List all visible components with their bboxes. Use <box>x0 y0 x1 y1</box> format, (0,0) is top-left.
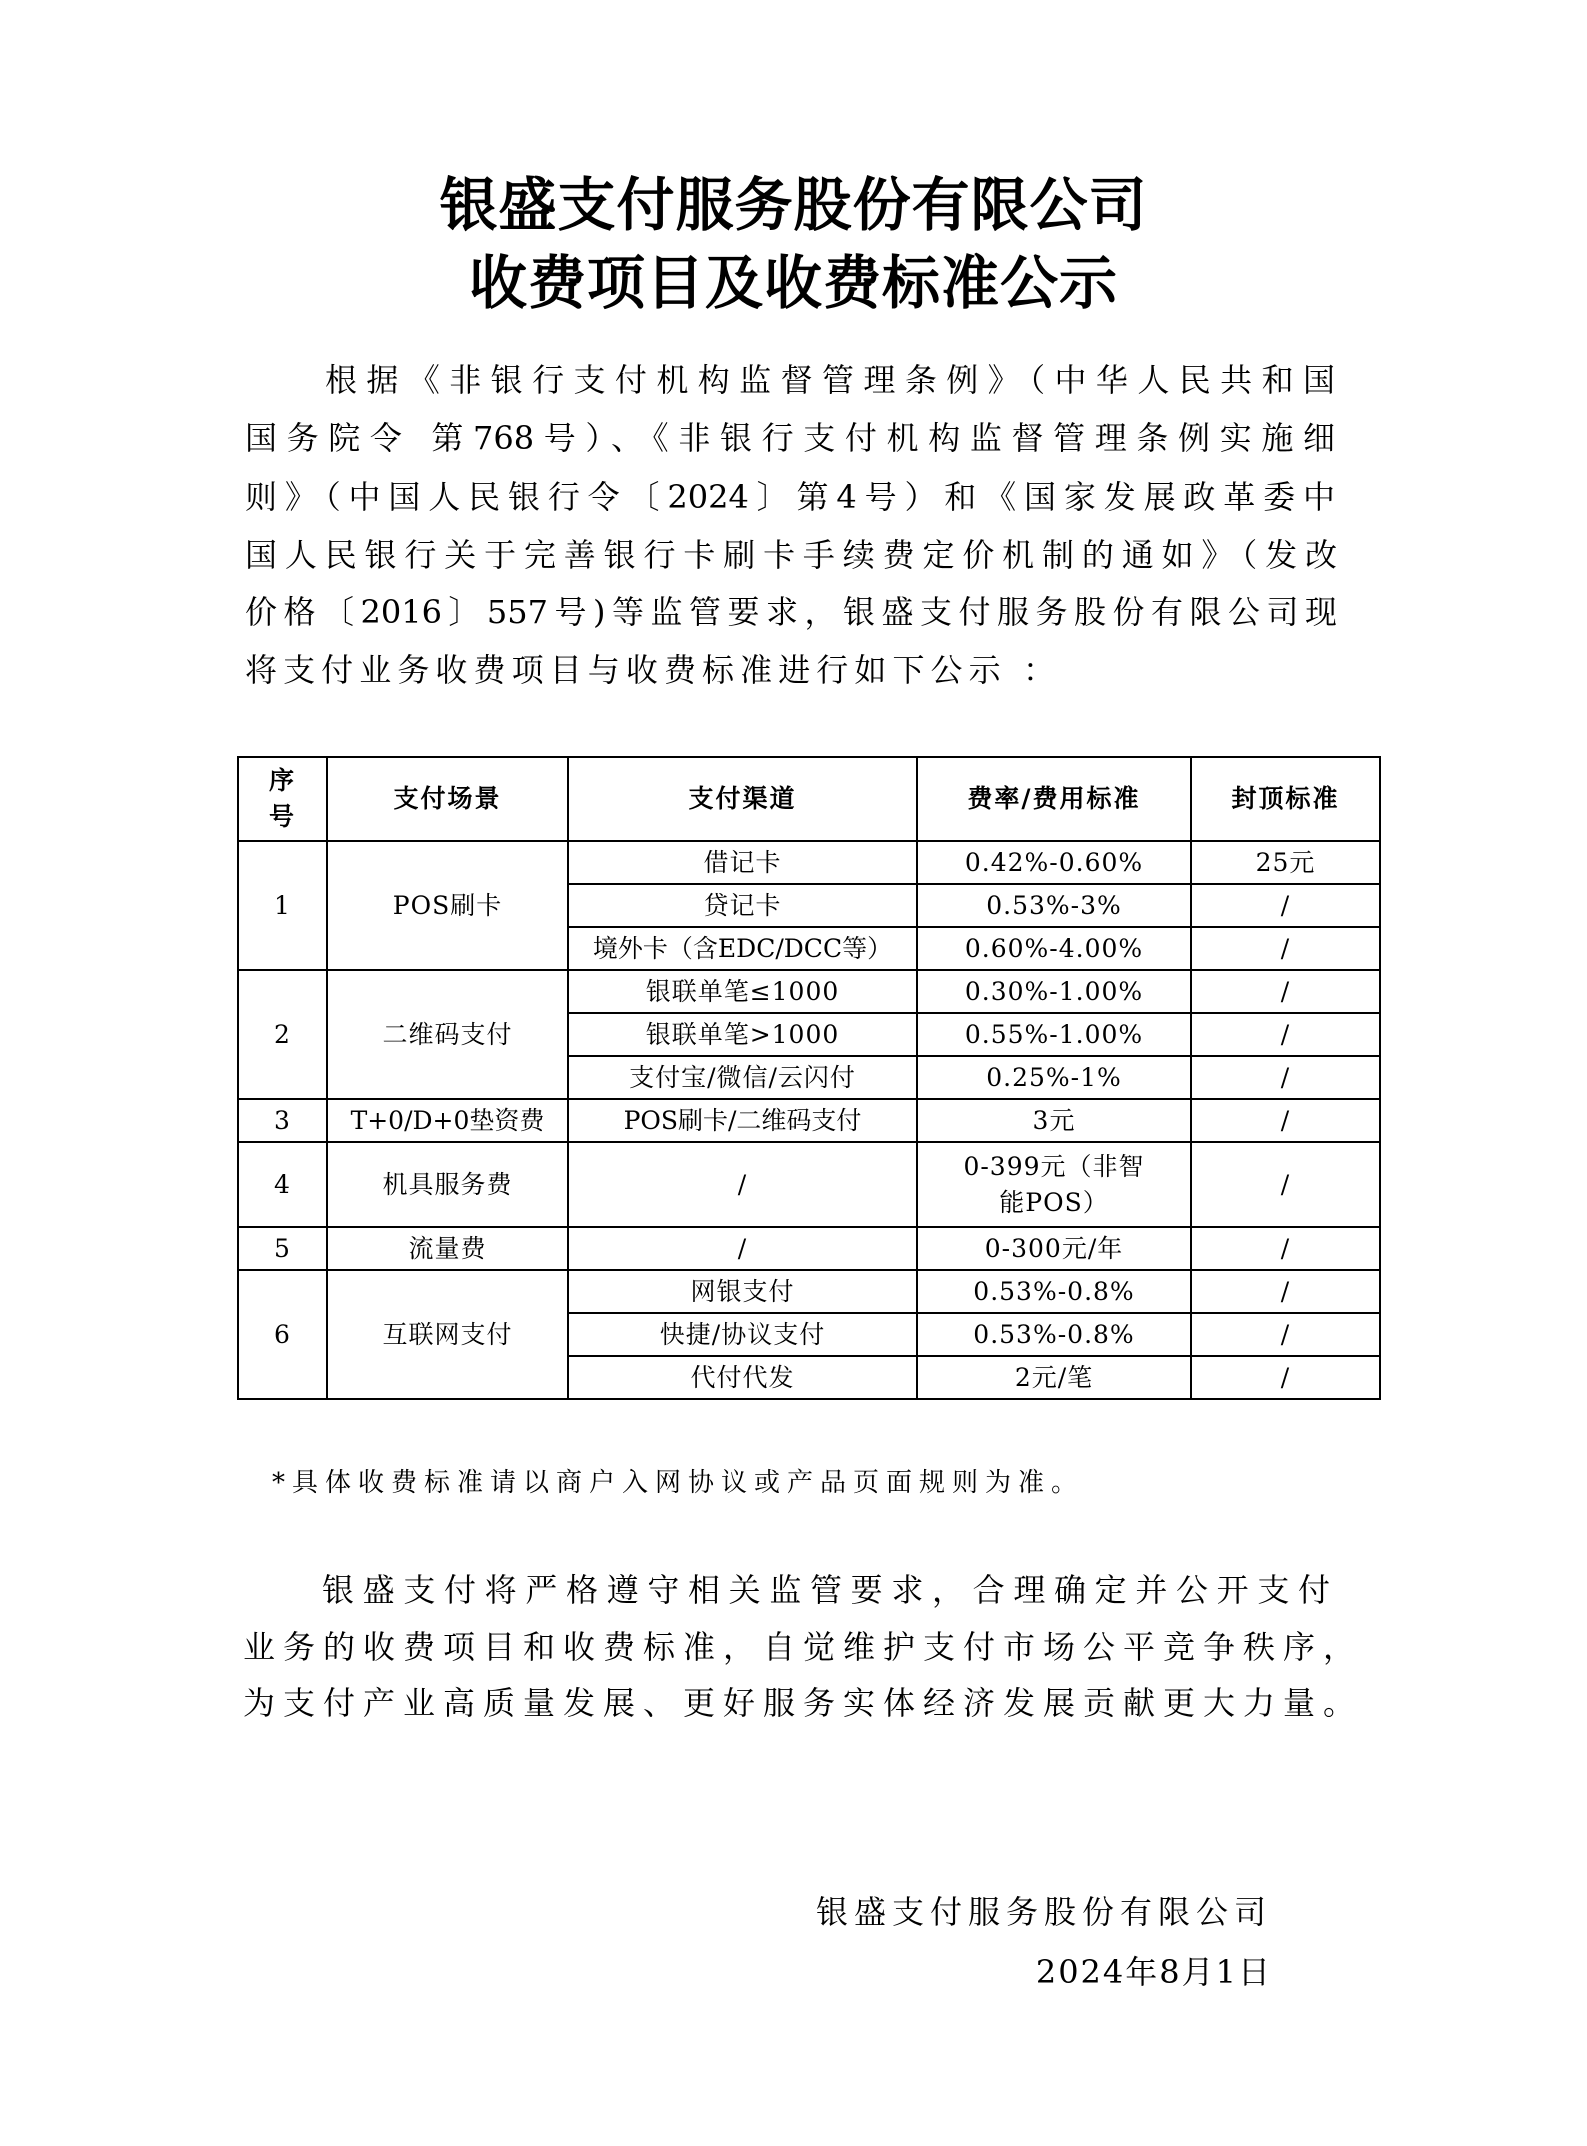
rate-cell: 0.55%-1.00% <box>917 1013 1191 1056</box>
seq-cell: 6 <box>238 1270 327 1399</box>
cap-cell: / <box>1191 1227 1380 1270</box>
intro-line: 价格〔2016〕557号)等监管要求，银盛支付服务股份有限公司现 <box>245 592 1337 632</box>
cap-cell: / <box>1191 1356 1380 1399</box>
rate-cell: 0-300元/年 <box>917 1227 1191 1270</box>
header-cap: 封顶标准 <box>1191 757 1380 841</box>
seq-cell: 4 <box>238 1142 327 1227</box>
seq-cell: 3 <box>238 1099 327 1142</box>
cap-cell: / <box>1191 1099 1380 1142</box>
scene-cell: 互联网支付 <box>327 1270 568 1399</box>
fee-table: 序号 支付场景 支付渠道 费率/费用标准 封顶标准 1 POS刷卡 借记卡 0.… <box>237 756 1381 1400</box>
closing-line: 为支付产业高质量发展、更好服务实体经济发展贡献更大力量。 <box>243 1683 1355 1723</box>
header-scene: 支付场景 <box>327 757 568 841</box>
rate-cell: 0.42%-0.60% <box>917 841 1191 884</box>
cap-cell: / <box>1191 970 1380 1013</box>
channel-cell: / <box>568 1142 917 1227</box>
rate-cell: 0.25%-1% <box>917 1056 1191 1099</box>
channel-cell: 网银支付 <box>568 1270 917 1313</box>
channel-cell: 银联单笔>1000 <box>568 1013 917 1056</box>
channel-cell: 代付代发 <box>568 1356 917 1399</box>
footnote: *具体收费标准请以商户入网协议或产品页面规则为准。 <box>272 1466 1084 1500</box>
cap-cell: / <box>1191 1270 1380 1313</box>
document-subtitle: 收费项目及收费标准公示 <box>0 246 1587 320</box>
cap-cell: / <box>1191 884 1380 927</box>
table-row: 3 T+0/D+0垫资费 POS刷卡/二维码支付 3元 / <box>238 1099 1380 1142</box>
cap-cell: 25元 <box>1191 841 1380 884</box>
header-channel: 支付渠道 <box>568 757 917 841</box>
cap-cell: / <box>1191 927 1380 970</box>
intro-line: 根据《非银行支付机构监督管理条例》（中华人民共和国 <box>325 360 1335 400</box>
cap-cell: / <box>1191 1142 1380 1227</box>
signature-company: 银盛支付服务股份有限公司 <box>816 1892 1272 1932</box>
channel-cell: 境外卡（含EDC/DCC等） <box>568 927 917 970</box>
scene-cell: 流量费 <box>327 1227 568 1270</box>
scene-cell: POS刷卡 <box>327 841 568 970</box>
table-row: 1 POS刷卡 借记卡 0.42%-0.60% 25元 <box>238 841 1380 884</box>
channel-cell: 银联单笔≤1000 <box>568 970 917 1013</box>
signature-date: 2024年8月1日 <box>1036 1952 1272 1992</box>
rate-cell: 0.30%-1.00% <box>917 970 1191 1013</box>
cap-cell: / <box>1191 1056 1380 1099</box>
rate-cell: 0.53%-0.8% <box>917 1313 1191 1356</box>
rate-cell: 2元/笔 <box>917 1356 1191 1399</box>
channel-cell: 贷记卡 <box>568 884 917 927</box>
rate-cell: 0.53%-0.8% <box>917 1270 1191 1313</box>
channel-cell: 借记卡 <box>568 841 917 884</box>
closing-line: 银盛支付将严格遵守相关监管要求，合理确定并公开支付 <box>322 1570 1330 1610</box>
intro-line: 国务院令 第768号）、《非银行支付机构监督管理条例实施细 <box>245 418 1335 458</box>
document-title: 银盛支付服务股份有限公司 <box>0 168 1587 242</box>
scene-cell: 二维码支付 <box>327 970 568 1099</box>
intro-line: 将支付业务收费项目与收费标准进行如下公示 ： <box>245 650 1055 690</box>
rate-cell: 3元 <box>917 1099 1191 1142</box>
seq-cell: 2 <box>238 970 327 1099</box>
scene-cell: T+0/D+0垫资费 <box>327 1099 568 1142</box>
channel-cell: 支付宝/微信/云闪付 <box>568 1056 917 1099</box>
table-row: 4 机具服务费 / 0-399元（非智能POS） / <box>238 1142 1380 1227</box>
closing-line: 业务的收费项目和收费标准，自觉维护支付市场公平竞争秩序， <box>243 1627 1355 1667</box>
table-row: 2 二维码支付 银联单笔≤1000 0.30%-1.00% / <box>238 970 1380 1013</box>
channel-cell: 快捷/协议支付 <box>568 1313 917 1356</box>
table-row: 5 流量费 / 0-300元/年 / <box>238 1227 1380 1270</box>
table-row: 6 互联网支付 网银支付 0.53%-0.8% / <box>238 1270 1380 1313</box>
rate-cell: 0.53%-3% <box>917 884 1191 927</box>
channel-cell: POS刷卡/二维码支付 <box>568 1099 917 1142</box>
rate-cell: 0.60%-4.00% <box>917 927 1191 970</box>
table-header-row: 序号 支付场景 支付渠道 费率/费用标准 封顶标准 <box>238 757 1380 841</box>
rate-cell: 0-399元（非智能POS） <box>917 1142 1191 1227</box>
header-rate: 费率/费用标准 <box>917 757 1191 841</box>
intro-line: 国人民银行关于完善银行卡刷卡手续费定价机制的通如》（发改 <box>245 535 1337 575</box>
intro-line: 则》（中国人民银行令〔2024〕第4号）和《国家发展政革委中 <box>245 477 1335 517</box>
cap-cell: / <box>1191 1313 1380 1356</box>
header-seq: 序号 <box>238 757 327 841</box>
scene-cell: 机具服务费 <box>327 1142 568 1227</box>
channel-cell: / <box>568 1227 917 1270</box>
seq-cell: 1 <box>238 841 327 970</box>
cap-cell: / <box>1191 1013 1380 1056</box>
seq-cell: 5 <box>238 1227 327 1270</box>
